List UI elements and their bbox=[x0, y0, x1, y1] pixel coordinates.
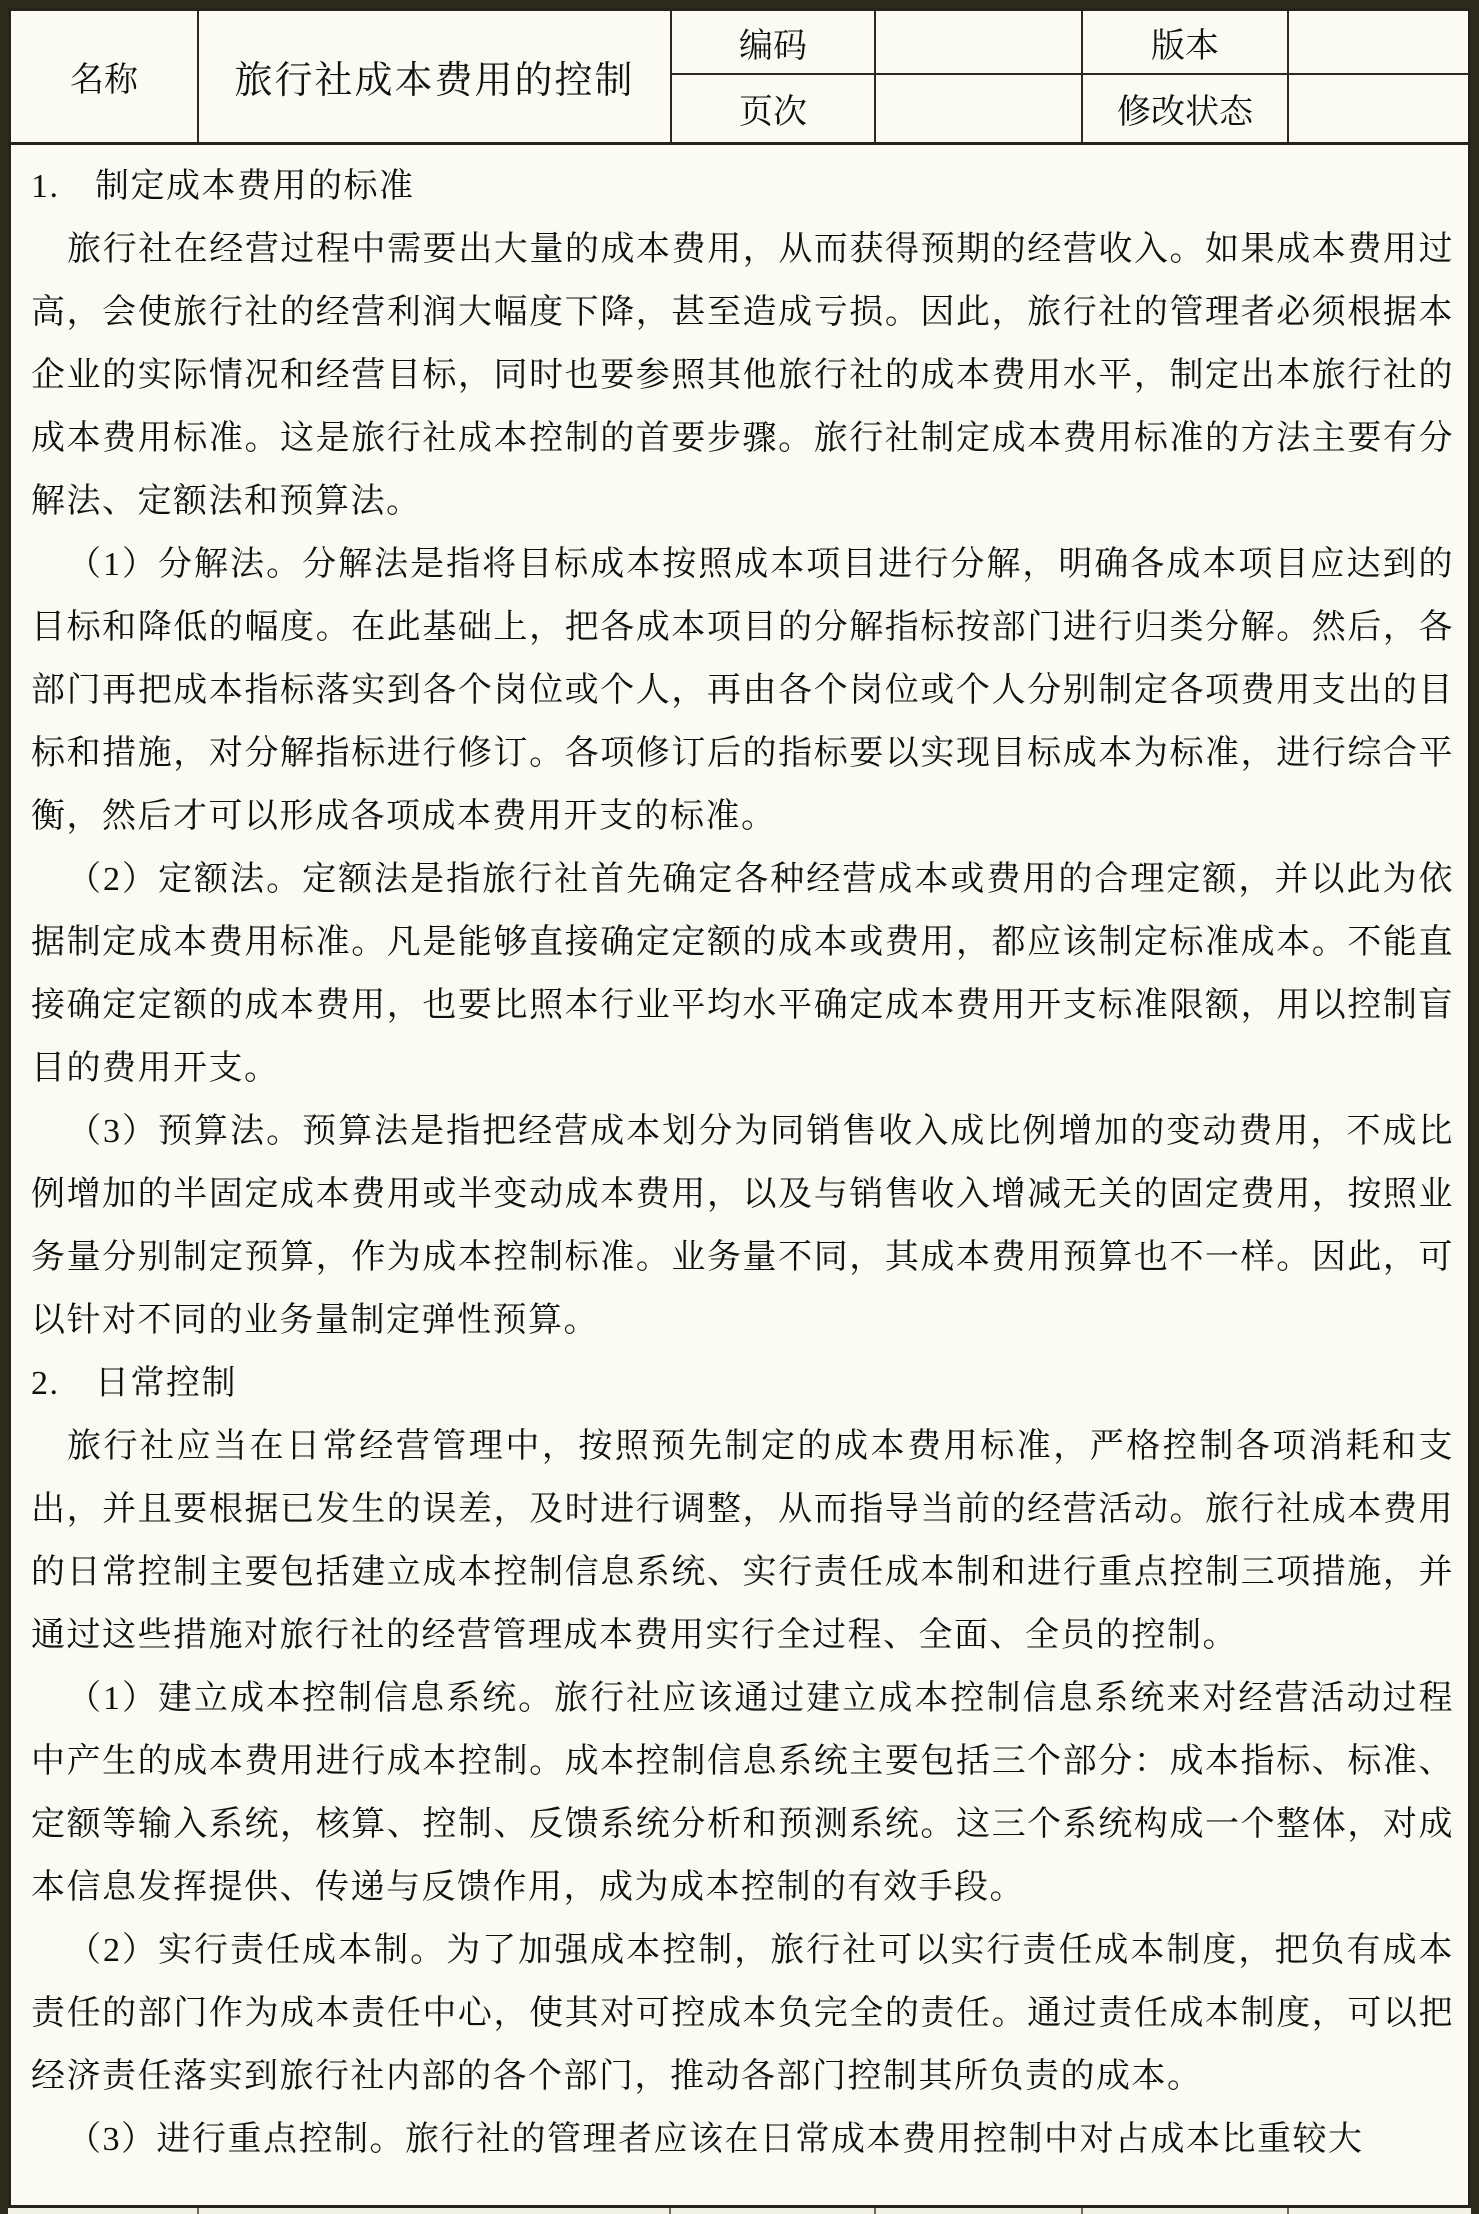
page-value-cell bbox=[874, 73, 1081, 142]
body-paragraph: （1）建立成本控制信息系统。旅行社应该通过建立成本控制信息系统来对经营活动过程中… bbox=[31, 1667, 1454, 1919]
name-label-cell: 名称 bbox=[11, 11, 197, 142]
next-table-column-line bbox=[197, 2208, 199, 2214]
header-table: 名称 旅行社成本费用的控制 编码 版本 页次 bbox=[11, 11, 1468, 145]
next-page-table-edge bbox=[8, 2208, 1471, 2214]
page-label: 页次 bbox=[739, 84, 807, 133]
document-table: 名称 旅行社成本费用的控制 编码 版本 页次 bbox=[8, 8, 1471, 2208]
body-paragraph: （3）进行重点控制。旅行社的管理者应该在日常成本费用控制中对占成本比重较大 bbox=[31, 2108, 1454, 2171]
body-paragraph: （1）分解法。分解法是指将目标成本按照成本项目进行分解，明确各成本项目应达到的目… bbox=[31, 533, 1454, 848]
body-paragraph: （3）预算法。预算法是指把经营成本划分为同销售收入成比例增加的变动费用，不成比例… bbox=[31, 1100, 1454, 1352]
body-paragraph: 旅行社在经营过程中需要出大量的成本费用，从而获得预期的经营收入。如果成本费用过高… bbox=[31, 218, 1454, 533]
document-page: 名称 旅行社成本费用的控制 编码 版本 页次 bbox=[0, 0, 1479, 2214]
body-paragraph: （2）实行责任成本制。为了加强成本控制，旅行社可以实行责任成本制度，把负有成本责… bbox=[31, 1919, 1454, 2108]
next-table-column-line bbox=[1287, 2208, 1289, 2214]
document-body: 1. 制定成本费用的标准旅行社在经营过程中需要出大量的成本费用，从而获得预期的经… bbox=[11, 145, 1468, 2205]
document-title: 旅行社成本费用的控制 bbox=[234, 49, 634, 104]
next-table-column-line bbox=[874, 2208, 876, 2214]
page-label-cell: 页次 bbox=[670, 73, 874, 142]
body-paragraph: （2）定额法。定额法是指旅行社首先确定各种经营成本或费用的合理定额，并以此为依据… bbox=[31, 848, 1454, 1100]
next-table-column-line bbox=[669, 2208, 671, 2214]
section-heading: 1. 制定成本费用的标准 bbox=[31, 155, 1454, 218]
version-label-cell: 版本 bbox=[1081, 11, 1287, 73]
version-value-cell bbox=[1287, 11, 1468, 73]
code-label-cell: 编码 bbox=[670, 11, 874, 73]
revision-label: 修改状态 bbox=[1117, 84, 1253, 133]
body-paragraph: 旅行社应当在日常经营管理中，按照预先制定的成本费用标准，严格控制各项消耗和支出，… bbox=[31, 1415, 1454, 1667]
section-heading: 2. 日常控制 bbox=[31, 1352, 1454, 1415]
code-label: 编码 bbox=[739, 18, 807, 67]
document-title-cell: 旅行社成本费用的控制 bbox=[197, 11, 670, 142]
revision-label-cell: 修改状态 bbox=[1081, 73, 1287, 142]
code-value-cell bbox=[874, 11, 1081, 73]
version-label: 版本 bbox=[1151, 18, 1219, 67]
name-label: 名称 bbox=[70, 52, 138, 101]
next-table-column-line bbox=[1081, 2208, 1083, 2214]
revision-value-cell bbox=[1287, 73, 1468, 142]
